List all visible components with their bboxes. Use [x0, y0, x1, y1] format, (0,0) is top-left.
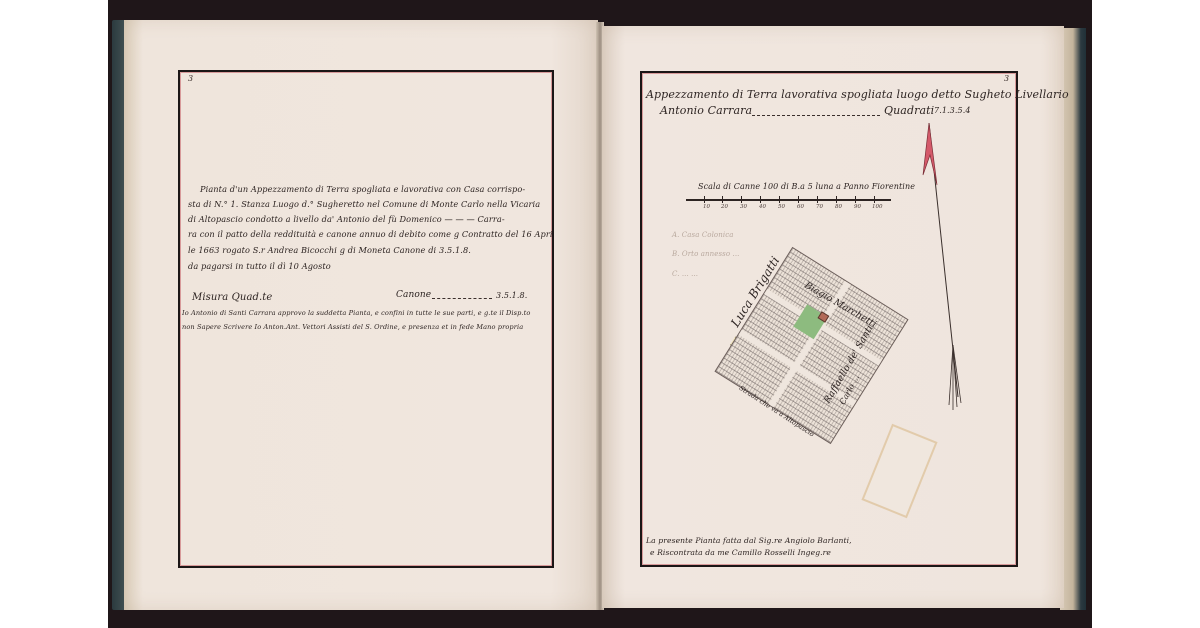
north-arrow-icon [915, 115, 965, 415]
paragraph-line: sta di N.° 1. Stanza Luogo d.° Sugherett… [188, 199, 540, 209]
map-title-line-2: Antonio Carrara [660, 104, 752, 117]
faint-note: A. Casa Colonica [672, 231, 734, 239]
scale-tick-label: 100 [872, 204, 883, 210]
scale-tick-label: 30 [740, 204, 747, 210]
note-line: Io Antonio di Santi Carrara approvo la s… [182, 309, 530, 317]
map-title-line-1: Appezzamento di Terra lavorativa spoglia… [646, 88, 1069, 101]
measure-label: Misura Quad.te [192, 292, 272, 303]
scale-tick-label: 40 [759, 204, 766, 210]
left-page-frame [178, 70, 554, 568]
title-dashes [752, 115, 880, 116]
scale-bar [686, 199, 891, 201]
paragraph-line: da pagarsi in tutto il dì 10 Agosto [188, 261, 331, 271]
paragraph-line: le 1663 rogato S.r Andrea Bicocchi g di … [188, 245, 471, 255]
canone-label: Canone [396, 290, 431, 300]
scale-tick-label: 20 [721, 204, 728, 210]
scale-tick-label: 60 [797, 204, 804, 210]
footer-note-line: e Riscontrata da me Camillo Rosselli Ing… [650, 548, 831, 557]
faint-note: B. Orto annesso ... [672, 250, 739, 258]
left-page-number: 3 [188, 74, 193, 83]
note-line: non Sapere Scrivere Io Anton.Ant. Vettor… [182, 323, 523, 331]
footer-note-line: La presente Pianta fatta dal Sig.re Angi… [646, 536, 852, 545]
scale-label: Scala di Canne 100 di B.a 5 luna a Panno… [698, 182, 915, 191]
canone-value: 3.5.1.8. [496, 291, 527, 300]
quadrati-value: 7.1.3.5.4 [934, 106, 971, 115]
paragraph-line: di Altopascio condotto a livello da' Ant… [188, 214, 505, 224]
paragraph-line: ra con il patto della reddituità e canon… [188, 229, 553, 239]
scale-tick-label: 10 [703, 204, 710, 210]
scale-tick-label: 50 [778, 204, 785, 210]
right-page-number: 3 [1004, 74, 1009, 83]
canone-dashes [432, 298, 492, 299]
scale-tick-label: 70 [816, 204, 823, 210]
scale-tick-label: 80 [835, 204, 842, 210]
scale-tick-label: 90 [854, 204, 861, 210]
paragraph-line: Pianta d'un Appezzamento di Terra spogli… [200, 184, 525, 194]
faint-note: C. ... ... [672, 270, 698, 278]
